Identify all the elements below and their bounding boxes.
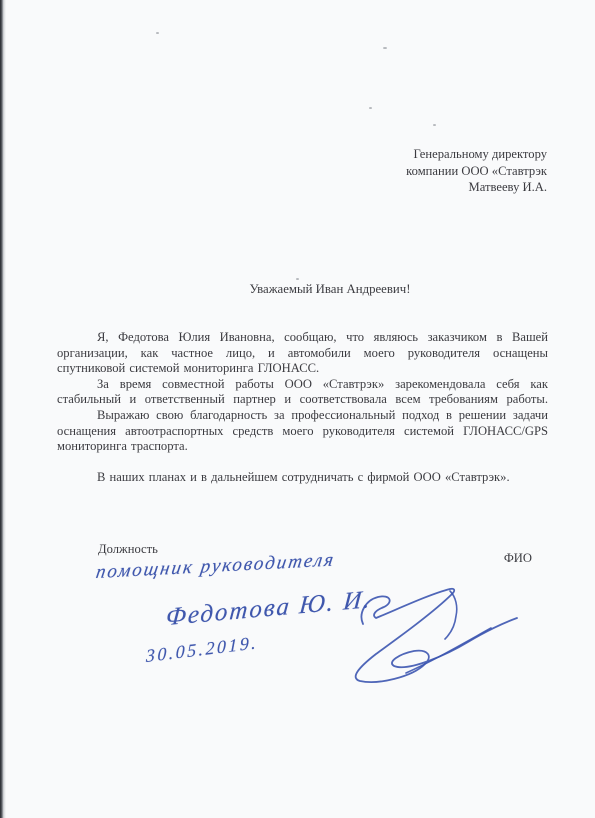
signature-scribble [338,582,524,684]
recipient-line: компании ООО «Ставтрэк [317,163,547,180]
scan-speck [433,124,436,126]
paragraph: В наших планах и в дальнейшем сотруднича… [57,470,548,486]
paragraph: За время совместной работы ООО «Ставтрэк… [57,377,548,408]
scan-speck [369,107,372,109]
salutation: Уважаемый Иван Андреевич! [65,282,595,297]
scan-edge-artifact [0,0,6,818]
scanned-letter-page: Генеральному директору компании ООО «Ста… [0,0,595,818]
scan-speck [156,32,159,34]
handwritten-date: 30.05.2019. [146,632,259,667]
scan-speck [296,278,299,280]
scan-speck [383,47,387,49]
position-label: Должность [98,542,158,557]
name-label: ФИО [504,551,532,566]
recipient-line: Генеральному директору [317,146,547,163]
letter-body: Я, Федотова Юлия Ивановна, сообщаю, что … [57,330,548,485]
paragraph: Выражаю свою благодарность за профессион… [57,408,548,455]
recipient-line: Матвееву И.А. [317,179,547,196]
recipient-block: Генеральному директору компании ООО «Ста… [317,146,547,196]
paragraph: Я, Федотова Юлия Ивановна, сообщаю, что … [57,330,548,377]
